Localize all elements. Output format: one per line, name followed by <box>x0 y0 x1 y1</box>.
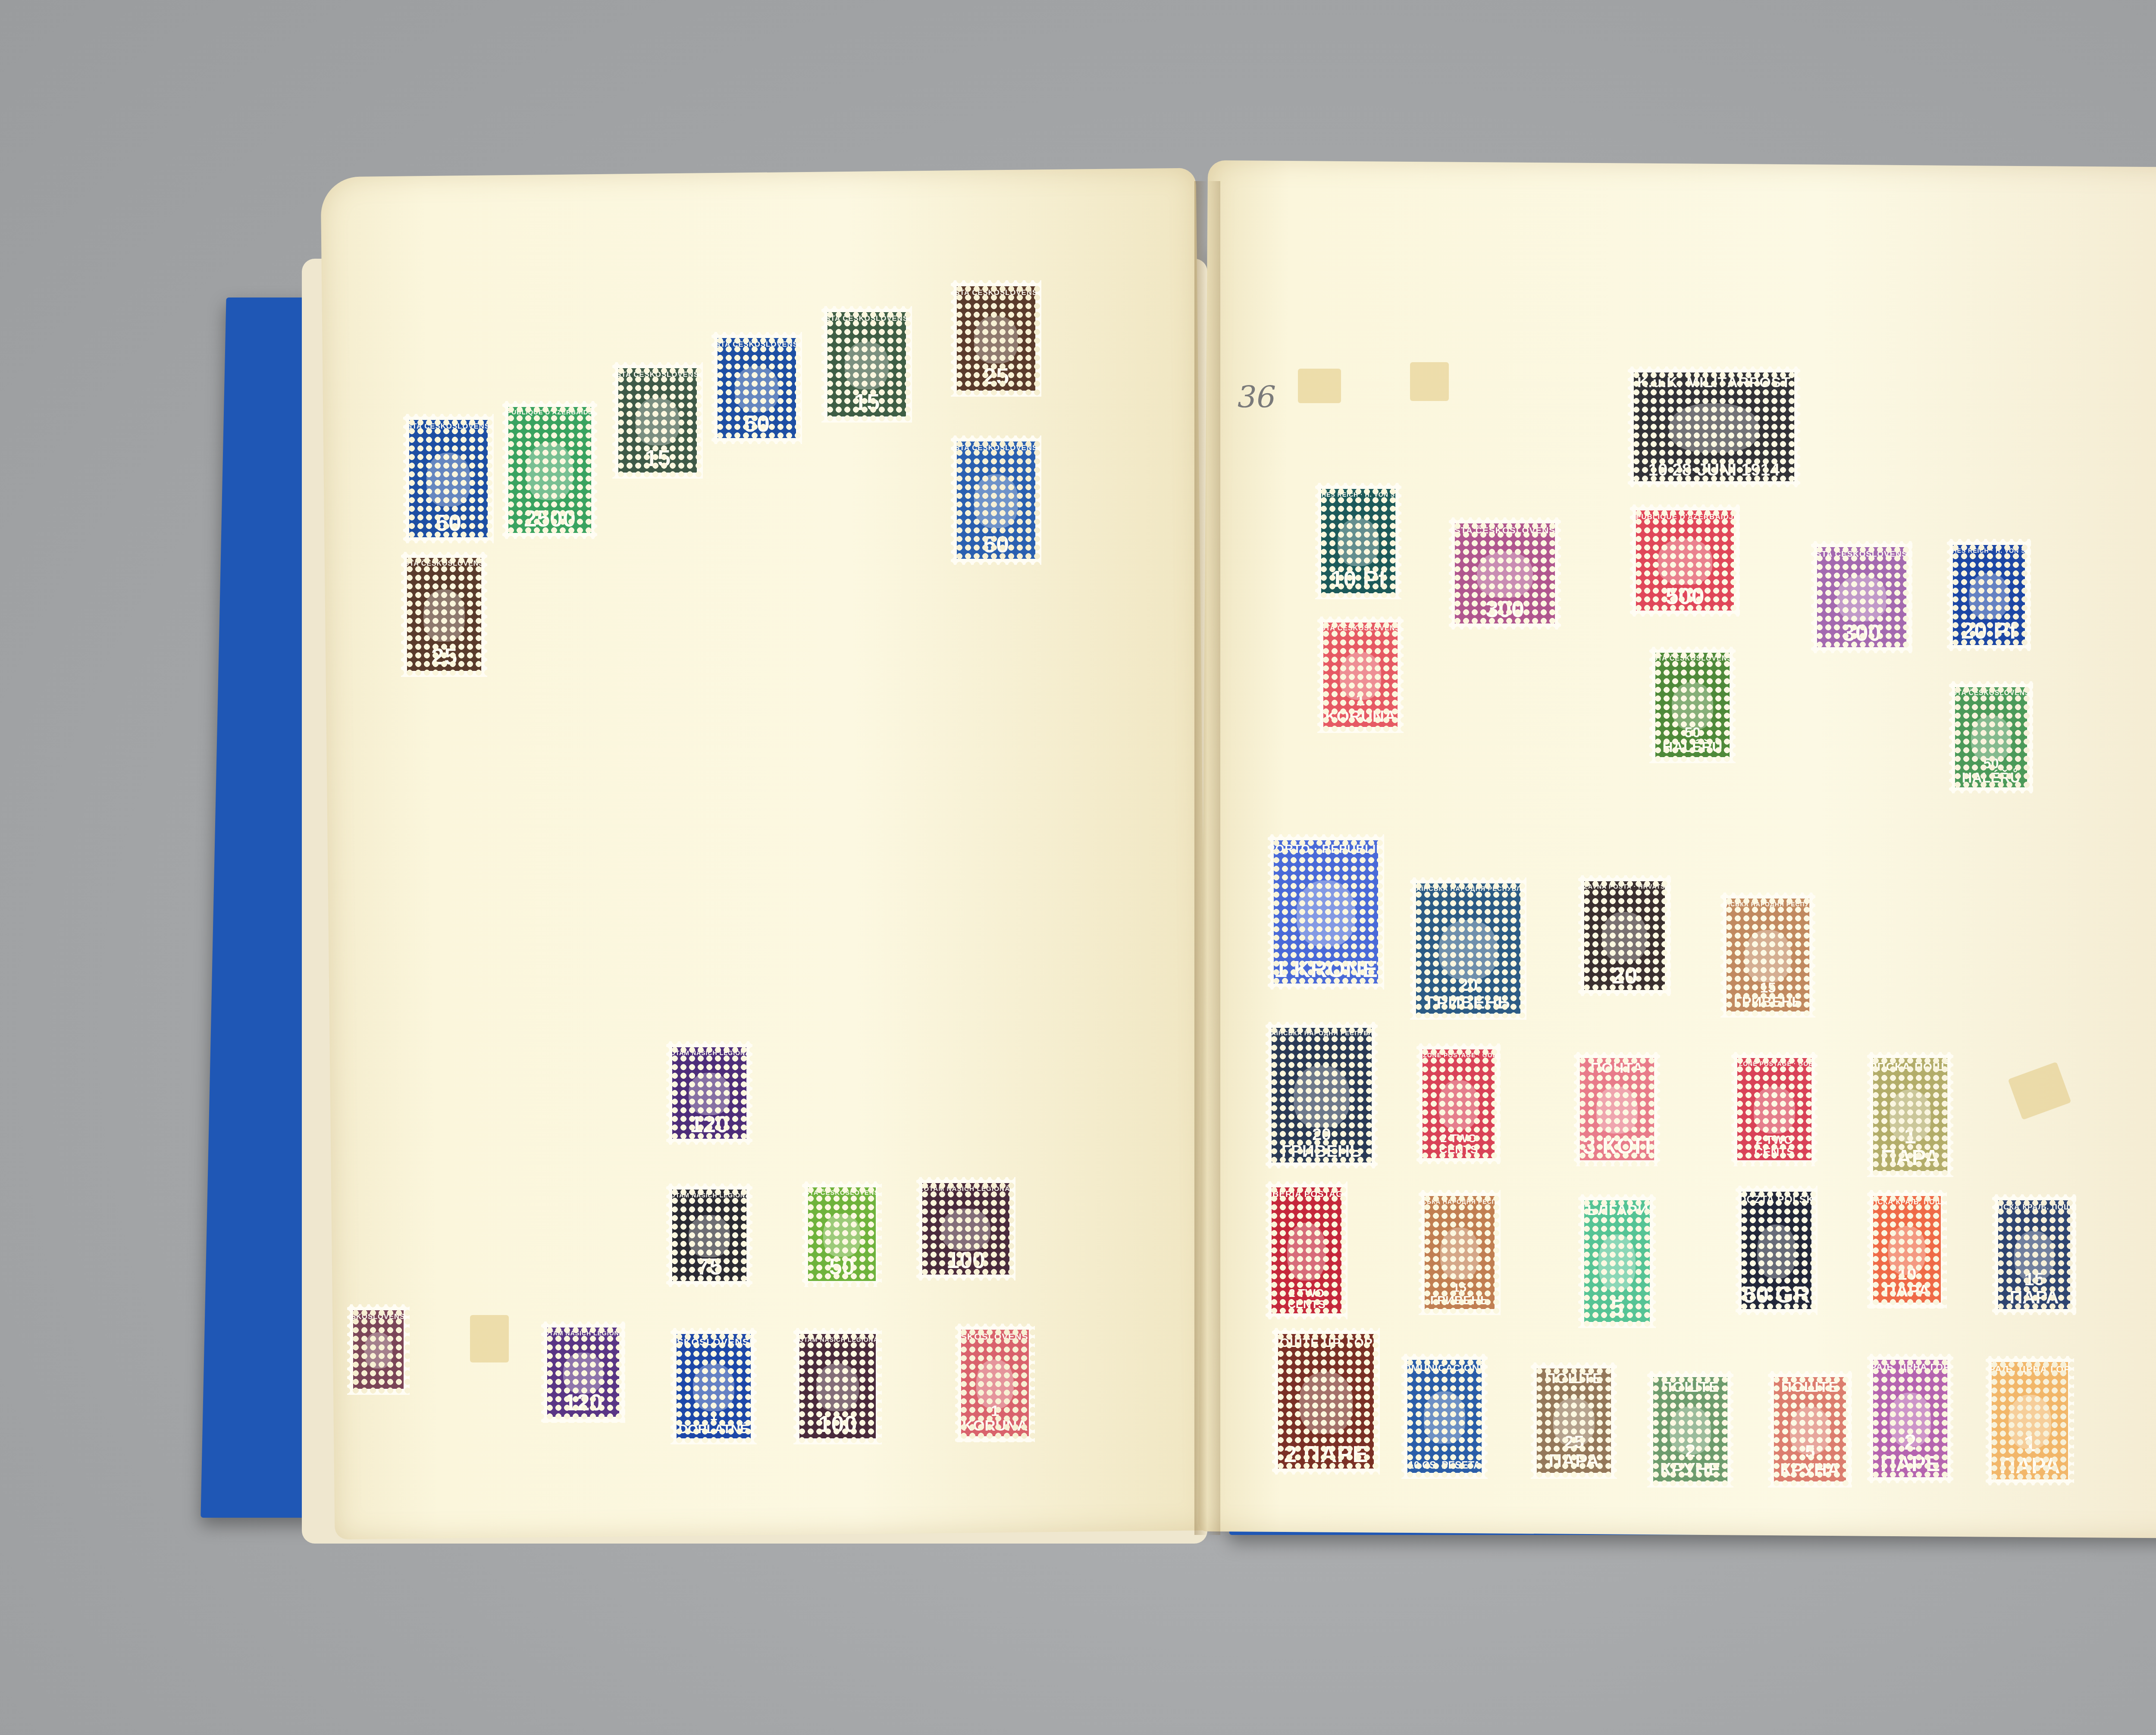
stamp-value: 15 <box>645 447 671 473</box>
postage-stamp: POSTA ČESKOSLOVENSKÁ50 <box>951 435 1041 565</box>
stamp-design: REPUBLIQUE D'AZERBAIDJAN2500 <box>508 407 591 533</box>
stamp-country: POSTA ČESKOSLOVENSKÁ <box>808 1187 876 1197</box>
stamp-portrait <box>1477 551 1533 598</box>
stamp-design: POSTA ČESKOSLOVENSKÁ15 <box>618 368 697 473</box>
stamp-country: CANAL ZONE POSTAGE · GOETHALS <box>1423 1049 1495 1059</box>
postage-stamp: POSTA ČESKOSLOVENSKÁ300 <box>1811 541 1912 653</box>
stamp-design: K.u.K. MILITÄRPOST10 28·JUNI 1914 <box>1634 373 1794 481</box>
stamp-country: ПОШТЕ <box>1545 1369 1603 1387</box>
stamp-country: УКРАЇНСЬКА НАРОДНЯ РЕСПУБЛІКА <box>1416 883 1520 893</box>
stamp-country: K.u.K. MILITÄRPOST <box>1637 373 1791 391</box>
postage-stamp: REPUBLIQUE D'AZERBAIDJAN500 <box>1630 504 1740 617</box>
stamp-value: 20 ГРИВЕНЬ <box>1416 976 1520 1014</box>
stamp-value: 120 <box>564 1391 602 1417</box>
stamp-design: LIBERIA POSTAGE2 TWO CENTS <box>1272 1187 1341 1313</box>
stamp-design: POSTA ČESKOSLOVENSKÁ50 <box>808 1187 876 1281</box>
stamp-country: СРПСКА КРАЉ. ПОШТА <box>1998 1200 2070 1211</box>
stamp-portrait <box>1338 518 1379 566</box>
stamp-design: POSTA ČESKOSLOVENSKÁ50 <box>718 338 796 438</box>
stamp-portrait <box>1837 575 1887 621</box>
stamp-country: POSTA ČESKOSLOVENSKÁ <box>957 286 1035 297</box>
stamp-portrait <box>1971 715 2012 761</box>
stamp-portrait <box>1890 1090 1931 1142</box>
stamp-design: DEUTSCHES REICH · H. VON STEPHAN20 Pf <box>1953 545 2025 645</box>
stamp-country: УКРАЇНСЬКА НАРОДНЯ РЕСПУБЛІКА <box>1272 1028 1372 1037</box>
stamp-country: СРПСКА КРАЉ. ПОШТА <box>1873 1196 1941 1206</box>
stamp-portrait <box>563 1353 604 1394</box>
postage-stamp: ČESKOSLOVENSKO1 DOPLATNÉ <box>671 1328 757 1444</box>
stamp-value: 3 КОП <box>1583 1134 1651 1160</box>
stamp-value: 50 <box>744 412 770 438</box>
stamp-country: SIROTAM NASICH LEGIONÁŘŮ <box>799 1334 876 1343</box>
stamp-value: 300 <box>1485 598 1524 623</box>
stamp-country: REPUBLIQUE D'AZERBAIDJAN <box>1636 510 1734 521</box>
postage-stamp: CANAL ZONE POSTAGE · GOETHALS2 TWO CENTS <box>1731 1052 1818 1166</box>
stamp-country: POSTA ČESKOSLOVENSKÁ <box>1955 687 2027 697</box>
stamp-country: ПОЧТА <box>1591 1058 1644 1076</box>
stamp-country: POSTA ČESKOSLOVENSKÁ <box>1655 653 1730 663</box>
stamp-design: CANAL ZONE POSTAGE · GOETHALS2 TWO CENTS <box>1423 1049 1495 1158</box>
stamp-design: УКРАЇНСЬКА НАРОДНЯ РЕСПУБЛІКА15 ГРИВЕНЬ <box>1425 1196 1495 1309</box>
stamp-country: POSTA ČESKOSLOVENSKÁ <box>957 442 1035 452</box>
stamp-value: 15 ГРИВЕНЬ <box>1425 1282 1495 1309</box>
stamp-country: ČESKOSLOVENSKO <box>353 1310 404 1320</box>
postage-stamp: ПОШТЕ ЦР. ГОРЕ2 ПАРЕ <box>1272 1328 1380 1475</box>
stamp-design: SIROTAM NASICH LEGIONÁŘŮ120 <box>547 1328 619 1417</box>
stamp-design: СРПСКА КРАЉ. ПОШТА10 ПАРА <box>1873 1196 1941 1303</box>
stamp-country: LIBERIA POSTAGE <box>1272 1187 1341 1199</box>
stamp-portrait <box>1438 1080 1479 1130</box>
postage-stamp: POSTA ČESKOSLOVENSKÁ50 HALÉŘŮ <box>1649 647 1736 763</box>
stamp-country: POCZTA POLSKA <box>1742 1192 1811 1205</box>
stamp-design: POSTA ČESKOSLOVENSKÁ50 <box>409 420 488 537</box>
stamp-design: СРПСКА КРАЉ. ПОШТА15 ПАРА <box>1998 1200 2070 1309</box>
postage-stamp: POSTA ČESKOSLOVENSKÁ1 KORUNA <box>1317 617 1404 733</box>
postage-stamp: КРАЉ. ЦРНА ГОРА1 ПАРА <box>1986 1356 2074 1485</box>
stamp-country: COMUNICACIONES <box>1407 1360 1482 1373</box>
postage-stamp: LIBERIA POSTAGE2 TWO CENTS <box>1266 1181 1347 1319</box>
stamp-design: DEUTSCHES REICH · H. VON STEPHAN10 Pf <box>1321 489 1395 593</box>
stamp-design: ČESKOSLOVENSKO1 DOPLATNÉ <box>677 1334 751 1438</box>
stamp-country: POSTA ČESKOSLOVENSKÁ <box>1323 623 1398 633</box>
postage-stamp: SIROTAM NASICH LEGIONÁŘŮ75 <box>666 1184 752 1287</box>
postage-stamp: K.u.K. MILITÄRPOST10 28·JUNI 1914 <box>1628 366 1800 487</box>
stamp-country: DEUTSCHES REICH · H. VON STEPHAN <box>1321 489 1395 498</box>
stamp-design: POSTA ČESKOSLOVENSKÁ50 <box>957 442 1035 559</box>
stamp-design: БЪЛГАРИЯ5 <box>1584 1200 1650 1322</box>
stamp-portrait <box>1553 1398 1595 1446</box>
stamp-value: 2 TWO CENTS <box>1737 1134 1811 1160</box>
stamp-portrait <box>1754 1087 1795 1134</box>
postage-stamp: ČESKOSLOVENSKO1 KORUNA <box>955 1324 1035 1442</box>
stamp-value: 2 TWO CENTS <box>1423 1133 1495 1158</box>
stamp-design: SIROTAM NASICH LEGIONÁŘŮ75 <box>672 1190 746 1281</box>
stamp-portrait <box>1294 1065 1350 1127</box>
postage-stamp: POCZTA POLSKA50 GR <box>1736 1186 1818 1315</box>
postage-stamp: POSTA ČESKOSLOVENSKÁ50 HALÉŘŮ <box>1949 681 2033 793</box>
stamp-value: 1 KRONE <box>1274 958 1378 983</box>
stamp-design: ПОШТЕ25 ПАРА <box>1537 1369 1611 1473</box>
stamp-country: REPUBLIQUE D'AZERBAIDJAN <box>508 407 591 416</box>
postage-stamp: ПОШТЕ2 КРУНЕ <box>1647 1371 1733 1488</box>
postage-stamp: POSTA ČESKOSLOVENSKÁ15 <box>612 362 703 479</box>
stamp-design: УКРАЇНСЬКА НАРОДНЯ РЕСПУБЛІКА15 ГРИВЕНЬ <box>1727 899 1809 1012</box>
stamp-portrait <box>1969 573 2009 619</box>
stamp-country: ПОШТЕ ЦР. ГОРЕ <box>1278 1334 1374 1350</box>
stamp-country: PORTO · REPUBLIK <box>1274 840 1378 855</box>
empty-hinge <box>1298 369 1341 403</box>
postage-stamp: CANAL ZONE POSTAGE · GOETHALS2 TWO CENTS <box>1416 1043 1501 1164</box>
stamp-country: УКРАЇНСЬКА НАРОДНЯ РЕСПУБЛІКА <box>1727 899 1809 908</box>
stamp-design: КРАЉ. ЦРНА ГОРА1 ПАРА <box>1992 1362 2068 1479</box>
postage-stamp: КРАЉ. ЦРНА ГОРА2 ПАРЕ <box>1867 1354 1953 1483</box>
stamp-design: УКРАЇНСЬКА НАРОДНЯ РЕСПУБЛІКА20 ГРИВЕНЬ <box>1272 1028 1372 1162</box>
stamp-design: ПОШТЕ2 КРУНЕ <box>1653 1377 1727 1481</box>
stamp-value: 50 <box>436 511 461 537</box>
stamp-design: PORTO · REPUBLIK1 KRONE <box>1274 840 1378 983</box>
stamp-country: SIROTAM NASICH LEGIONÁŘŮ <box>547 1328 619 1337</box>
stamp-value: 25 <box>983 365 1009 391</box>
stamp-portrait <box>636 398 680 445</box>
stamp-portrait <box>1439 920 1498 980</box>
stamp-design: CANAL ZONE POSTAGE · GOETHALS2 TWO CENTS <box>1737 1058 1811 1160</box>
postage-stamp: СРПСКА КРАЉ. ПОШТА10 ПАРА <box>1867 1190 1947 1309</box>
stamp-portrait <box>1745 930 1791 982</box>
stamp-country: УКРАЇНСЬКА НАРОДНЯ РЕСПУБЛІКА <box>1425 1196 1495 1205</box>
postage-stamp: УКРАЇНСЬКА НАРОДНЯ РЕСПУБЛІКА20 ГРИВЕНЬ <box>1410 877 1526 1020</box>
stamp-portrait <box>1602 912 1647 962</box>
stamp-portrait <box>426 453 470 507</box>
stamp-portrait <box>823 1214 861 1257</box>
stamp-portrait <box>1888 1226 1926 1275</box>
stamp-portrait <box>2009 1395 2051 1449</box>
stamp-design: POSTA ČESKOSLOVENSKÁ25 <box>407 558 481 671</box>
postage-stamp: POSTA ČESKOSLOVENSKÁ50 <box>403 414 494 543</box>
stamp-portrait <box>974 474 1018 528</box>
postage-stamp: DRŽAVNA POŠTA · HRVATSKA20 <box>1578 875 1671 996</box>
stamp-value: 20 <box>1611 964 1637 990</box>
stamp-design: СРПСКА ПОШТА1 ПАРА <box>1873 1058 1947 1171</box>
postage-stamp: POSTA ČESKOSLOVENSKÁ15 <box>821 306 912 423</box>
stamp-portrait <box>689 1215 730 1257</box>
stamp-portrait <box>974 316 1018 363</box>
stamp-country: POSTA ČESKOSLOVENSKÁ <box>827 312 906 323</box>
postage-stamp: СРПСКА КРАЉ. ПОШТА15 ПАРА <box>1992 1194 2076 1315</box>
stamp-design: SIROTAM NASICH LEGIONÁŘŮ100 <box>922 1183 1009 1275</box>
stamp-value: 50 <box>983 533 1009 559</box>
postage-stamp: ПОШТЕ25 ПАРА <box>1531 1362 1617 1479</box>
stamp-portrait <box>1297 880 1355 946</box>
stamp-design: POCZTA POLSKA50 GR <box>1742 1192 1811 1309</box>
stamp-portrait <box>1669 403 1759 453</box>
stamp-design: УКРАЇНСЬКА НАРОДНЯ РЕСПУБЛІКА20 ГРИВЕНЬ <box>1416 883 1520 1014</box>
empty-hinge <box>470 1315 509 1362</box>
stamp-value: 120 <box>690 1113 729 1139</box>
stamp-design: POSTA ČESKOSLOVENSKÁ50 HALÉŘŮ <box>1955 687 2027 787</box>
stamp-design: POSTA ČESKOSLOVENSKÁ25 <box>957 286 1035 391</box>
stamp-country: CANAL ZONE POSTAGE · GOETHALS <box>1737 1058 1811 1067</box>
stamp-design: ČESKOSLOVENSKO <box>353 1310 404 1389</box>
stamp-portrait <box>735 366 779 412</box>
stamp-portrait <box>1672 682 1713 730</box>
postage-stamp: УКРАЇНСЬКА НАРОДНЯ РЕСПУБЛІКА20 ГРИВЕНЬ <box>1266 1022 1378 1168</box>
stamp-country: POSTA ČESKOSLOVENSKÁ <box>407 558 481 568</box>
postage-stamp: POSTA ČESKOSLOVENSKÁ50 <box>711 332 802 444</box>
postage-stamp: SIROTAM NASICH LEGIONÁŘŮ100 <box>916 1177 1015 1281</box>
stamp-value: 100 <box>818 1412 857 1438</box>
stamp-design: POSTA ČESKOSLOVENSKÁ300 <box>1455 523 1555 623</box>
stamp-value: 50 HALÉŘŮ <box>1655 726 1730 757</box>
stamp-country: КРАЉ. ЦРНА ГОРА <box>1873 1360 1947 1372</box>
stamp-portrait <box>1340 652 1381 700</box>
stamp-country: POSTA ČESKOSLOVENSKÁ <box>409 420 488 430</box>
stamp-design: POSTA ČESKOSLOVENSKÁ1 KORUNA <box>1323 623 1398 727</box>
stamp-value: 100 <box>946 1249 985 1275</box>
stamp-value: 500 <box>1665 585 1704 611</box>
stamp-design: ČESKOSLOVENSKO1 KORUNA <box>961 1330 1029 1436</box>
stamp-country: POSTA ČESKOSLOVENSKÁ <box>618 368 697 379</box>
stamp-portrait <box>423 589 465 642</box>
album-gutter <box>1194 181 1220 1535</box>
postage-stamp: POSTA ČESKOSLOVENSKÁ25 <box>951 280 1041 397</box>
stamp-country: DRŽAVNA POŠTA · HRVATSKA <box>1584 881 1665 890</box>
stamp-design: КРАЉ. ЦРНА ГОРА2 ПАРЕ <box>1873 1360 1947 1477</box>
stamp-country: ČESKOSLOVENSKO <box>961 1330 1029 1342</box>
stamp-design: ПОШТЕ ЦР. ГОРЕ2 ПАРЕ <box>1278 1334 1374 1469</box>
stamp-value: 2500 <box>524 507 576 533</box>
postage-stamp: POSTA ČESKOSLOVENSKÁ300 <box>1449 517 1561 629</box>
stamp-value: 300 <box>1842 621 1881 647</box>
postage-stamp: DEUTSCHES REICH · H. VON STEPHAN10 Pf <box>1315 483 1401 599</box>
stamp-country: POSTA ČESKOSLOVENSKÁ <box>1817 547 1906 558</box>
postage-stamp: СРПСКА ПОШТА1 ПАРА <box>1867 1052 1953 1177</box>
stamp-design: SIROTAM NASICH LEGIONÁŘŮ100 <box>799 1334 876 1438</box>
empty-hinge <box>1410 362 1449 401</box>
postage-stamp: БЪЛГАРИЯ5 <box>1578 1194 1656 1328</box>
stamp-design: COMUNICACIONES10 CS. PESETA <box>1407 1360 1482 1473</box>
postage-stamp: ПОЧТА3 КОП <box>1574 1052 1660 1166</box>
postage-stamp: ПОШТЕ5 КРУНА <box>1768 1371 1852 1488</box>
stamp-value: 50 GR <box>1743 1283 1810 1309</box>
stamp-value: 1 DOPLATNÉ <box>677 1410 751 1438</box>
stamp-value: 2 TWO CENTS <box>1272 1288 1341 1313</box>
stamp-portrait <box>1757 1225 1796 1278</box>
stamp-value: 5 <box>1611 1296 1623 1322</box>
stamp-portrait <box>1287 1223 1326 1281</box>
stamp-portrait <box>693 1363 734 1411</box>
stamp-value: 75 <box>696 1255 722 1281</box>
postage-stamp: DEUTSCHES REICH · H. VON STEPHAN20 Pf <box>1947 539 2031 651</box>
stamp-portrait <box>526 442 573 500</box>
stamp-value: 15 <box>854 391 880 417</box>
postage-stamp: POSTA ČESKOSLOVENSKÁ25 <box>401 552 487 677</box>
stamp-portrait <box>845 341 889 389</box>
postage-stamp: POSTA ČESKOSLOVENSKÁ50 <box>802 1181 882 1287</box>
stamp-country: КРАЉ. ЦРНА ГОРА <box>1992 1362 2068 1375</box>
postage-stamp: REPUBLIQUE D'AZERBAIDJAN2500 <box>502 401 597 539</box>
stamp-country: POSTA ČESKOSLOVENSKÁ <box>1455 523 1555 536</box>
stamp-design: SIROTAM NASICH LEGIONÁŘŮ120 <box>672 1047 746 1139</box>
stamp-portrait <box>941 1209 990 1251</box>
stamp-country: POSTA ČESKOSLOVENSKÁ <box>718 338 796 348</box>
stamp-value: 20 ГРИВЕНЬ <box>1272 1126 1372 1162</box>
stamp-portrait <box>1424 1391 1465 1444</box>
stamp-country: ČESKOSLOVENSKO <box>677 1334 751 1347</box>
stamp-value: 20 Pf <box>1961 619 2017 645</box>
stamp-portrait <box>1670 1406 1711 1454</box>
stamp-portrait <box>1790 1406 1830 1454</box>
pencil-note: 36 <box>1238 379 1276 415</box>
stamp-value: 15 ГРИВЕНЬ <box>1727 980 1809 1012</box>
stamp-portrait <box>1598 1234 1635 1290</box>
stamp-portrait <box>1890 1393 1931 1447</box>
stamp-portrait <box>1299 1372 1353 1434</box>
postage-stamp: SIROTAM NASICH LEGIONÁŘŮ120 <box>666 1041 752 1145</box>
stamp-design: ПОЧТА3 КОП <box>1580 1058 1654 1160</box>
stamp-design: POSTA ČESKOSLOVENSKÁ300 <box>1817 547 1906 647</box>
stamp-country: DEUTSCHES REICH · H. VON STEPHAN <box>1953 545 2025 554</box>
stamp-portrait <box>976 1359 1014 1409</box>
stamp-country: SIROTAM NASICH LEGIONÁŘŮ <box>922 1183 1009 1193</box>
stamp-design: DRŽAVNA POŠTA · HRVATSKA20 <box>1584 881 1665 990</box>
postage-stamp: PORTO · REPUBLIK1 KRONE <box>1268 834 1384 990</box>
stamp-portrait <box>2014 1231 2055 1281</box>
stamp-country: SIROTAM NASICH LEGIONÁŘŮ <box>672 1190 746 1199</box>
stamp-portrait <box>816 1363 859 1411</box>
stamp-value: 10 Pf <box>1330 567 1386 593</box>
postage-stamp: COMUNICACIONES10 CS. PESETA <box>1401 1354 1488 1479</box>
stamp-value: 1 KORUNA <box>961 1404 1029 1436</box>
stamp-country: СРПСКА ПОШТА <box>1873 1058 1947 1073</box>
stamp-portrait <box>1596 1087 1638 1134</box>
stamp-design: REPUBLIQUE D'AZERBAIDJAN500 <box>1636 510 1734 611</box>
stamp-value: 10 28·JUNI 1914 <box>1648 461 1780 481</box>
postage-stamp: УКРАЇНСЬКА НАРОДНЯ РЕСПУБЛІКА15 ГРИВЕНЬ <box>1720 893 1815 1018</box>
stamp-portrait <box>364 1332 393 1369</box>
stamp-portrait <box>1440 1228 1479 1280</box>
stamp-country: SIROTAM NASICH LEGIONÁŘŮ <box>672 1047 746 1056</box>
stamp-value: 2 ПАРЕ <box>1284 1443 1368 1469</box>
stamp-value: 50 <box>829 1255 855 1281</box>
stamp-portrait <box>1658 539 1712 585</box>
stamp-design: POSTA ČESKOSLOVENSKÁ15 <box>827 312 906 417</box>
stamp-country: ПОШТЕ <box>1661 1377 1719 1395</box>
stamp-design: ПОШТЕ5 КРУНА <box>1774 1377 1846 1481</box>
postage-stamp: SIROTAM NASICH LEGIONÁŘŮ120 <box>541 1322 625 1423</box>
stamp-portrait <box>689 1073 730 1115</box>
stamp-country: ПОШТЕ <box>1781 1377 1839 1395</box>
stamp-value: 10 CS. PESETA <box>1408 1460 1480 1473</box>
stamp-country: БЪЛГАРИЯ <box>1584 1200 1650 1218</box>
postage-stamp: ČESKOSLOVENSKO <box>347 1304 410 1395</box>
stamp-value: 25 <box>431 645 457 671</box>
postage-stamp: SIROTAM NASICH LEGIONÁŘŮ100 <box>793 1328 882 1444</box>
postage-stamp: УКРАЇНСЬКА НАРОДНЯ РЕСПУБЛІКА15 ГРИВЕНЬ <box>1419 1190 1501 1315</box>
stamp-design: POSTA ČESKOSLOVENSKÁ50 HALÉŘŮ <box>1655 653 1730 757</box>
